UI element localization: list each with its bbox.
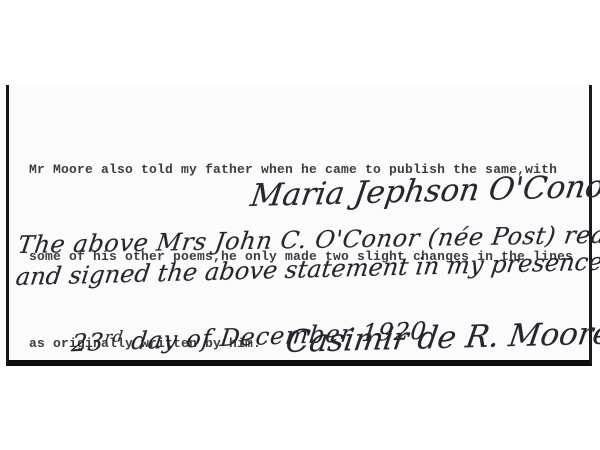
- date-day: 23: [70, 328, 106, 357]
- document-scan-area: Mr Moore also told my father when he cam…: [6, 85, 592, 366]
- scanned-document-page: Mr Moore also told my father when he cam…: [0, 0, 600, 450]
